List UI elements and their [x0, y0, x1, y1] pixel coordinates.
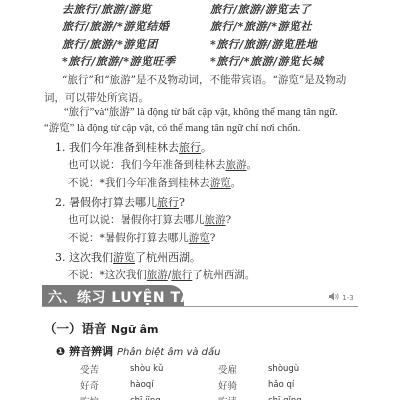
- text: 我们今年准备到桂林去: [69, 141, 179, 154]
- speaker-icon: [329, 294, 342, 302]
- explanation-zh-line2: 词，可以带处所宾语。: [44, 90, 149, 105]
- phrase-cell: 去旅行/旅游/游览: [62, 1, 152, 17]
- text: 这次我们: [69, 251, 113, 264]
- phrase-cell: *旅行/旅游/*游览旺季: [62, 53, 176, 69]
- label: 不说：: [68, 269, 100, 281]
- underlined-word: 游览: [189, 232, 210, 244]
- section-title: 六、练习 LUYỆN TẬP: [48, 287, 203, 307]
- text: ?: [179, 196, 185, 209]
- underlined-word: 旅行: [171, 269, 192, 281]
- text: 暑假你打算去哪儿: [121, 214, 205, 226]
- phrase-cell: 旅行/旅游/*游览团: [62, 36, 158, 52]
- example-3-sentence: 3. 这次我们游览了杭州西湖。: [55, 249, 201, 265]
- text: ?: [210, 232, 216, 244]
- text: *这次我们: [100, 269, 147, 281]
- text: 我们今年准备到桂林去: [121, 159, 226, 171]
- text: 暑假你打算去哪儿: [69, 196, 157, 209]
- text: *暑假你打算去哪儿: [100, 232, 189, 244]
- exercise-title: ❶ 辨音辨调 Phân biệt âm và dấu: [56, 343, 221, 359]
- explanation-vi-line2: “游览” là động từ cập vật, có thể mang tân…: [44, 120, 300, 135]
- label: 不说：: [68, 177, 100, 189]
- pinyin-cell-hanzi: 受苦: [80, 362, 99, 376]
- pinyin-cell-romanization: chī jīng: [130, 396, 161, 400]
- phrase-cell: *旅行/*旅游/游览长城: [210, 53, 324, 69]
- underlined-word: 旅游: [147, 269, 168, 281]
- example-number: 1.: [55, 141, 66, 154]
- label: 也可以说：: [68, 159, 121, 171]
- text: 。: [247, 159, 258, 171]
- explanation-zh-line1: “旅行”和“旅游”是不及物动词，不能带宾语。“游览”是及物动: [44, 72, 364, 87]
- example-2-not: 不说：*暑假你打算去哪儿游览?: [68, 230, 215, 245]
- example-2-sentence: 2. 暑假你打算去哪儿旅行?: [55, 194, 185, 210]
- pinyin-cell-romanization: hǎo qí: [268, 380, 294, 390]
- exercise-title-vi: Phân biệt âm và dấu: [117, 347, 220, 358]
- pinyin-cell-hanzi: 吃惊: [80, 394, 99, 400]
- section-divider: [42, 306, 358, 307]
- example-3-not: 不说：*这次我们旅游/旅行了杭州西湖。: [68, 267, 255, 282]
- pinyin-cell-hanzi: 好奇: [80, 378, 99, 392]
- label: 也可以说：: [68, 214, 121, 226]
- phrase-cell: 旅行/旅游/游览去了: [210, 1, 311, 17]
- audio-track-number: 1-3: [342, 294, 353, 302]
- text: 了杭州西湖。: [135, 251, 201, 264]
- pinyin-cell-romanization: chī qǐng: [268, 396, 302, 400]
- text: 。: [201, 141, 212, 154]
- example-number: 3.: [55, 251, 66, 264]
- underlined-word: 旅游: [205, 214, 226, 226]
- underlined-word: 旅行: [179, 141, 201, 154]
- pinyin-cell-romanization: shòu kǔ: [130, 364, 163, 374]
- pinyin-cell-hanzi: 好骑: [218, 378, 237, 392]
- example-1-also: 也可以说：我们今年准备到桂林去旅游。: [68, 157, 257, 172]
- underlined-word: 游览: [210, 177, 231, 189]
- subsection-title: （一）语音 Ngữ âm: [44, 319, 159, 337]
- underlined-word: 旅游: [226, 159, 247, 171]
- text: 了杭州西湖。: [192, 269, 255, 281]
- phrase-cell: 旅行/*旅游/*游览社: [210, 18, 312, 34]
- subsection-title-vi: Ngữ âm: [111, 323, 159, 336]
- phrase-cell: *旅行/旅游/游览胜地: [210, 36, 317, 52]
- label: 不说：: [68, 232, 100, 244]
- example-1-not: 不说：*我们今年准备到桂林去游览。: [68, 175, 241, 190]
- subsection-title-zh: （一）语音: [44, 321, 107, 336]
- text: 。: [231, 177, 242, 189]
- phrase-cell: 旅行/旅游/*游览结婚: [62, 18, 169, 34]
- example-1-sentence: 1. 我们今年准备到桂林去旅行。: [55, 139, 212, 155]
- example-number: 2.: [55, 196, 66, 209]
- underlined-word: 旅行: [157, 196, 179, 209]
- example-2-also: 也可以说：暑假你打算去哪儿旅游?: [68, 212, 231, 227]
- text: *我们今年准备到桂林去: [100, 177, 210, 189]
- exercise-title-zh: 辨音辨调: [69, 345, 113, 358]
- number-bullet-icon: ❶: [56, 345, 65, 358]
- explanation-vi-line1: “旅行”và“旅游” là động từ bất cập vật, không…: [64, 104, 338, 119]
- audio-button[interactable]: 1-3: [329, 292, 354, 302]
- pinyin-cell-hanzi: 吃请: [218, 394, 237, 400]
- pinyin-cell-romanization: hàoqí: [130, 380, 154, 390]
- text: ?: [226, 214, 232, 226]
- underlined-word: 游览: [113, 251, 135, 264]
- pinyin-cell-romanization: shòugù: [268, 364, 299, 374]
- pinyin-cell-hanzi: 受雇: [218, 362, 237, 376]
